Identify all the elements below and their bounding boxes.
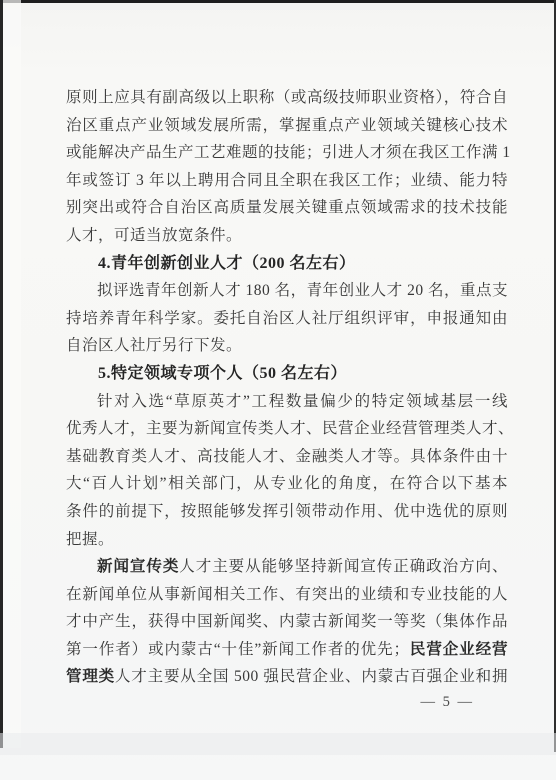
- text-line: 治区重点产业领域发展所需，掌握重点产业领域关键核心技术: [66, 112, 508, 140]
- text-line: 自治区人社厅另行下发。: [66, 332, 508, 360]
- scan-edge-top: [0, 0, 556, 3]
- text-line: 拟评选青年创新人才 180 名，青年创业人才 20 名，重点支: [66, 277, 508, 305]
- bold-run: 新闻宣传类: [97, 558, 179, 575]
- text-run: 人才主要从能够坚持新闻宣传正确政治方向、: [179, 558, 508, 575]
- text-line: 针对入选“草原英才”工程数量偏少的特定领域基层一线: [66, 388, 508, 416]
- text-line: 条件的前提下，按照能够发挥引领带动作用、优中选优的原则: [66, 498, 508, 526]
- text-line: 人才，可适当放宽条件。: [66, 222, 508, 250]
- text-line: 基础教育类人才、高技能人才、金融类人才等。具体条件由十: [66, 443, 508, 471]
- text-line: 别突出或符合自治区高质量发展关键重点领域需求的技术技能: [66, 194, 508, 222]
- text-line: 大“百人计划”相关部门，从专业化的角度，在符合以下基本: [66, 470, 508, 498]
- text-line: 原则上应具有副高级以上职称（或高级技师职业资格），符合自: [66, 84, 508, 112]
- text-line: 或能解决产品生产工艺难题的技能；引进人才须在我区工作满 1: [66, 139, 508, 167]
- text-line: 把握。: [66, 526, 508, 554]
- text-line: 年或签订 3 年以上聘用合同且全职在我区工作；业绩、能力特: [66, 167, 508, 195]
- document-body: 原则上应具有副高级以上职称（或高级技师职业资格），符合自 治区重点产业领域发展所…: [66, 84, 508, 691]
- section-heading-5: 5.特定领域专项个人（50 名左右）: [66, 360, 508, 388]
- text-line: 优秀人才，主要为新闻宣传类人才、民营企业经营管理类人才、: [66, 415, 508, 443]
- text-line: 新闻宣传类人才主要从能够坚持新闻宣传正确政治方向、: [66, 553, 508, 581]
- text-line: 管理类人才主要从全国 500 强民营企业、内蒙古百强企业和拥: [66, 663, 508, 691]
- text-run: 人才主要从全国 500 强民营企业、内蒙古百强企业和拥: [115, 668, 508, 685]
- text-line: 在新闻单位从事新闻相关工作、有突出的业绩和专业技能的人: [66, 581, 508, 609]
- page-number: — 5 —: [421, 694, 475, 711]
- bold-run: 民营企业经营: [410, 641, 509, 658]
- text-line: 持培养青年科学家。委托自治区人社厅组织评审，申报通知由: [66, 305, 508, 333]
- text-run: 第一作者）或内蒙古“十佳”新闻工作者的优先；: [66, 641, 410, 658]
- scan-margin-highlight: [3, 0, 21, 748]
- text-line: 才中产生，获得中国新闻奖、内蒙古新闻奖一等奖（集体作品: [66, 608, 508, 636]
- section-heading-4: 4.青年创新创业人才（200 名左右）: [66, 250, 508, 278]
- scan-shadow-band: [0, 733, 556, 755]
- bold-run: 管理类: [66, 668, 115, 685]
- text-line: 第一作者）或内蒙古“十佳”新闻工作者的优先；民营企业经营: [66, 636, 508, 664]
- scanned-document-page: 原则上应具有副高级以上职称（或高级技师职业资格），符合自 治区重点产业领域发展所…: [0, 0, 556, 780]
